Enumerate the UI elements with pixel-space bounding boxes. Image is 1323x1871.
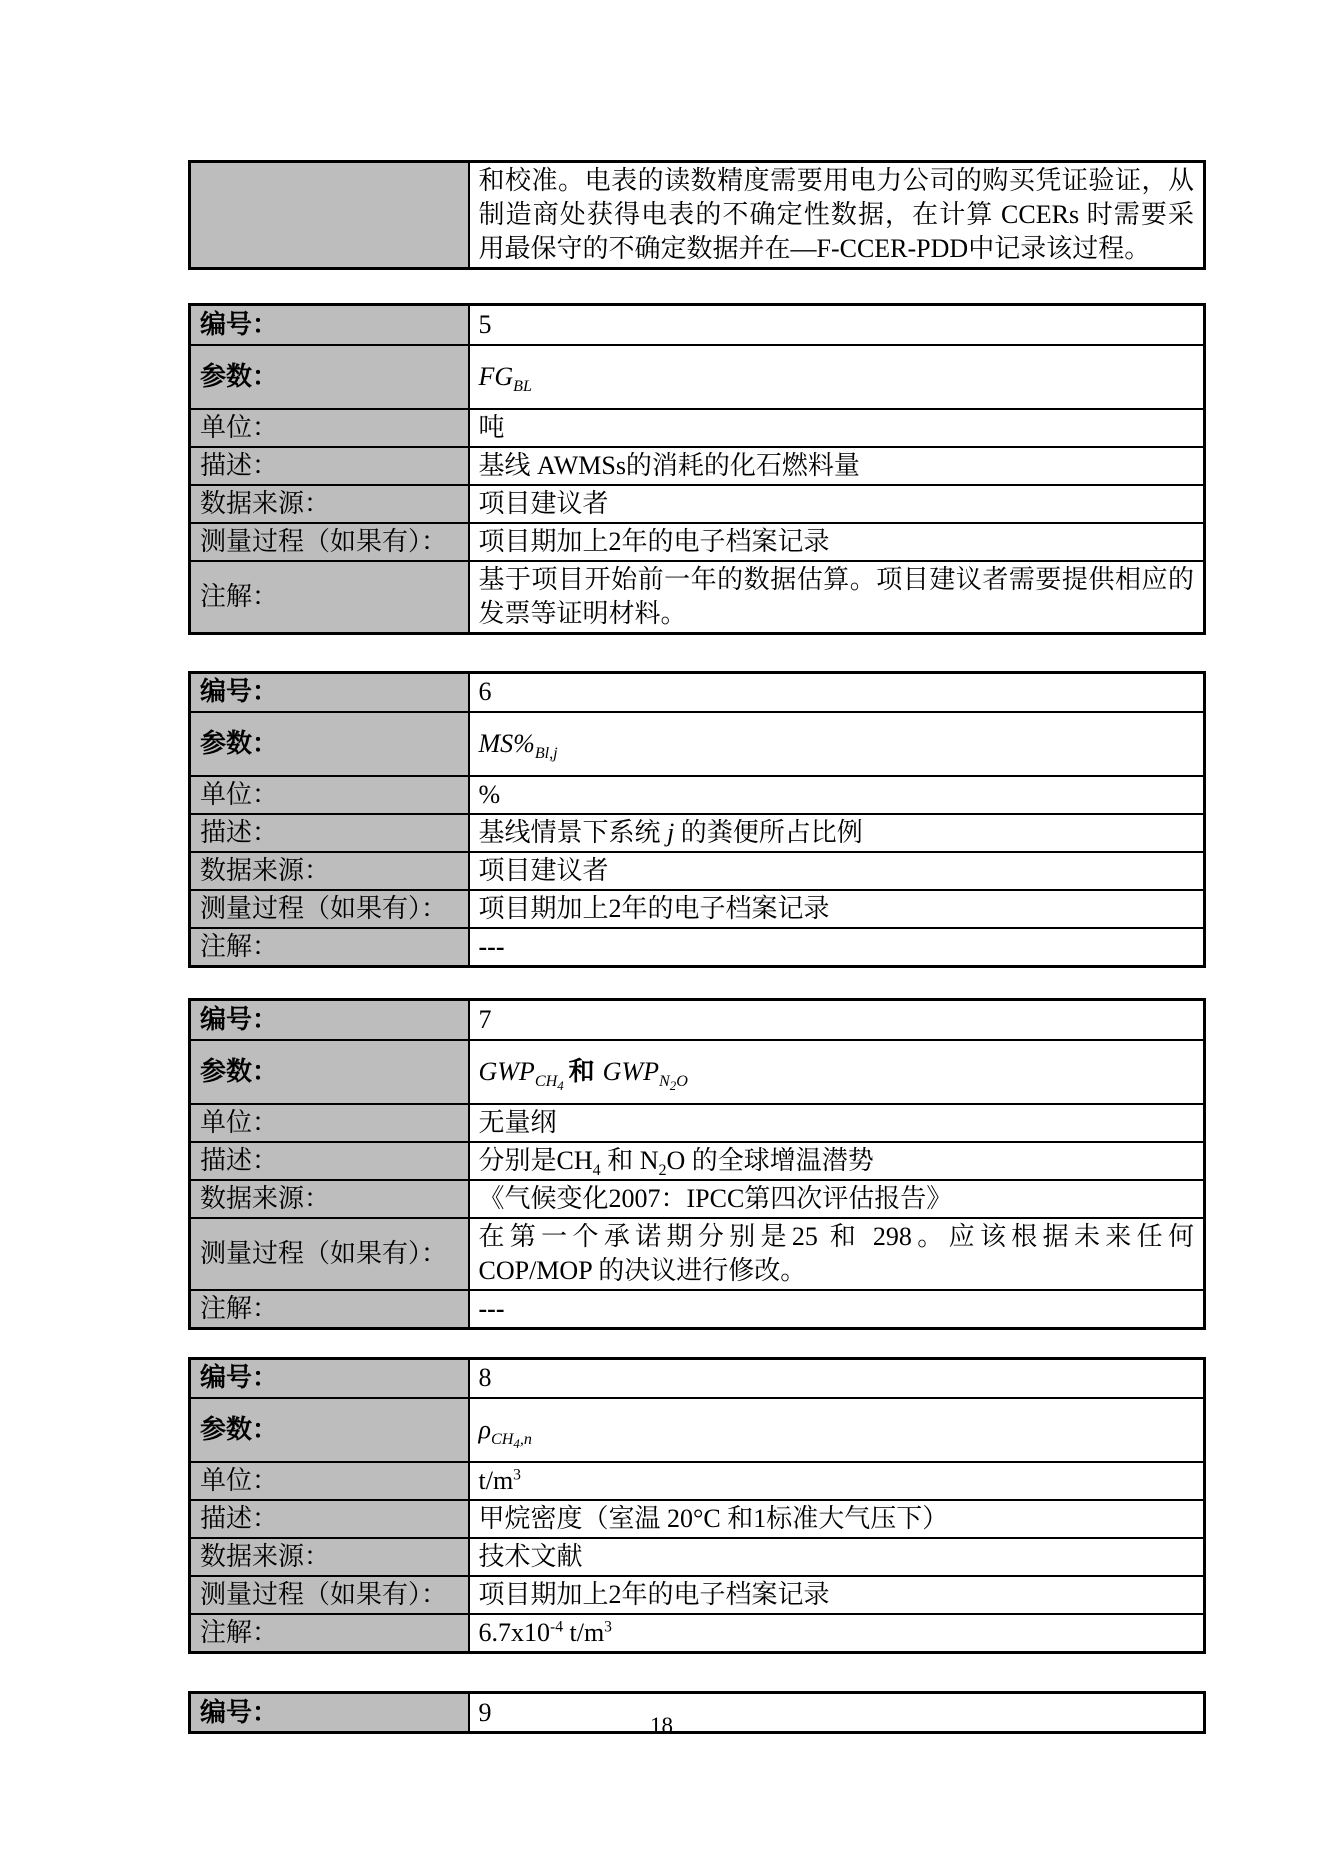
note-value: --- [469, 928, 1205, 967]
formula-base: GWP [603, 1057, 659, 1086]
table-row: 描述： 基线 AWMSs的消耗的化石燃料量 [190, 447, 1205, 485]
continuation-line: 用最保守的不确定数据并在—F-CCER-PDD中记录该过程。 [479, 232, 1195, 266]
number-value: 5 [469, 305, 1205, 345]
row-label-unit: 单位： [190, 776, 469, 814]
row-label-process: 测量过程（如果有）： [190, 1576, 469, 1614]
continuation-table: 和校准。电表的读数精度需要用电力公司的购买凭证验证，从 制造商处获得电表的不确定… [188, 160, 1206, 270]
parameter-table-5: 编号： 5 参数： FGBL 单位： 吨 描述： 基线 AWMSs的消耗的化石燃… [188, 303, 1206, 635]
param-formula: MS%Bl,j [469, 712, 1205, 776]
desc-text: 和 N [601, 1146, 659, 1175]
table-row: 注解： 6.7x10-4 t/m3 [190, 1614, 1205, 1653]
process-value: 项目期加上2年的电子档案记录 [469, 1576, 1205, 1614]
formula-base: FG [479, 362, 514, 391]
param-formula: GWPCH4和GWPN2O [469, 1040, 1205, 1104]
unit-value: % [469, 776, 1205, 814]
table-row: 注解： --- [190, 928, 1205, 967]
note-superscript: 3 [604, 1618, 612, 1635]
table-row: 数据来源： 项目建议者 [190, 852, 1205, 890]
parameter-table-6: 编号： 6 参数： MS%Bl,j 单位： % 描述： 基线情景下系统 j 的粪… [188, 671, 1206, 969]
row-label-desc: 描述： [190, 447, 469, 485]
row-label-desc: 描述： [190, 1500, 469, 1538]
document-content: 和校准。电表的读数精度需要用电力公司的购买凭证验证，从 制造商处获得电表的不确定… [188, 160, 1206, 1734]
continuation-text-cell: 和校准。电表的读数精度需要用电力公司的购买凭证验证，从 制造商处获得电表的不确定… [469, 162, 1205, 269]
formula-sub: ,n [520, 1431, 532, 1448]
table-row: 参数： MS%Bl,j [190, 712, 1205, 776]
table-row: 测量过程（如果有）： 在第一个承诺期分别是25 和 298。应该根据未来任何 C… [190, 1218, 1205, 1290]
row-label-desc: 描述： [190, 1142, 469, 1180]
note-text: t/m [563, 1618, 604, 1647]
source-value: 项目建议者 [469, 852, 1205, 890]
row-label-unit: 单位： [190, 1104, 469, 1142]
number-value: 7 [469, 1000, 1205, 1040]
row-label-note: 注解： [190, 1614, 469, 1653]
row-label-number: 编号： [190, 305, 469, 345]
note-value: --- [469, 1290, 1205, 1329]
table-row: 描述： 分别是CH4 和 N2O 的全球增温潜势 [190, 1142, 1205, 1180]
table-row: 单位： % [190, 776, 1205, 814]
table-row: 数据来源： 《气候变化2007：IPCC第四次评估报告》 [190, 1180, 1205, 1218]
desc-text: 基线情景下系统 [479, 818, 668, 847]
table-row: 测量过程（如果有）： 项目期加上2年的电子档案记录 [190, 523, 1205, 561]
row-label-unit: 单位： [190, 1462, 469, 1500]
row-label-process: 测量过程（如果有）： [190, 1218, 469, 1290]
formula-sub: Bl,j [535, 745, 558, 762]
parameter-table-8: 编号： 8 参数： ρCH4,n 单位： t/m3 描述： 甲烷密度（室温 20… [188, 1357, 1206, 1655]
unit-superscript: 3 [513, 1466, 521, 1483]
desc-text: O 的全球增温潜势 [667, 1146, 874, 1175]
formula-base: ρ [479, 1415, 491, 1444]
row-label-param: 参数： [190, 345, 469, 409]
row-label-note: 注解： [190, 561, 469, 634]
row-label-process: 测量过程（如果有）： [190, 523, 469, 561]
table-row: 描述： 基线情景下系统 j 的粪便所占比例 [190, 814, 1205, 852]
unit-value: 无量纲 [469, 1104, 1205, 1142]
row-label-source: 数据来源： [190, 852, 469, 890]
desc-value: 基线 AWMSs的消耗的化石燃料量 [469, 447, 1205, 485]
table-row: 描述： 甲烷密度（室温 20°C 和1标准大气压下） [190, 1500, 1205, 1538]
table-row: 数据来源： 项目建议者 [190, 485, 1205, 523]
row-label-source: 数据来源： [190, 1538, 469, 1576]
continuation-line: 和校准。电表的读数精度需要用电力公司的购买凭证验证，从 [479, 164, 1195, 198]
table-row: 测量过程（如果有）： 项目期加上2年的电子档案记录 [190, 890, 1205, 928]
row-label-param: 参数： [190, 1040, 469, 1104]
unit-text: t/m [479, 1466, 514, 1495]
table-row: 注解： 基于项目开始前一年的数据估算。项目建议者需要提供相应的 发票等证明材料。 [190, 561, 1205, 634]
table-row: 和校准。电表的读数精度需要用电力公司的购买凭证验证，从 制造商处获得电表的不确定… [190, 162, 1205, 269]
param-formula: ρCH4,n [469, 1398, 1205, 1462]
desc-value: 基线情景下系统 j 的粪便所占比例 [469, 814, 1205, 852]
table-row: 单位： 无量纲 [190, 1104, 1205, 1142]
table-row: 编号： 5 [190, 305, 1205, 345]
table-row: 编号： 6 [190, 672, 1205, 712]
row-label-process: 测量过程（如果有）： [190, 890, 469, 928]
formula-sub: CH [535, 1073, 557, 1090]
formula-sub: CH [491, 1431, 513, 1448]
note-value: 6.7x10-4 t/m3 [469, 1614, 1205, 1653]
table-row: 参数： GWPCH4和GWPN2O [190, 1040, 1205, 1104]
process-value: 项目期加上2年的电子档案记录 [469, 890, 1205, 928]
desc-subscript: 2 [658, 1162, 666, 1179]
note-text: 6.7x10 [479, 1618, 551, 1647]
row-label-source: 数据来源： [190, 485, 469, 523]
formula-sub: N [659, 1073, 670, 1090]
formula-subsub: 4 [557, 1079, 563, 1093]
number-value: 8 [469, 1358, 1205, 1398]
note-line: 基于项目开始前一年的数据估算。项目建议者需要提供相应的 [479, 563, 1195, 597]
desc-value: 甲烷密度（室温 20°C 和1标准大气压下） [469, 1500, 1205, 1538]
row-label-param: 参数： [190, 712, 469, 776]
parameter-table-7: 编号： 7 参数： GWPCH4和GWPN2O 单位： 无量纲 描述： 分别是C… [188, 998, 1206, 1330]
formula-base: MS% [479, 729, 535, 758]
desc-value: 分别是CH4 和 N2O 的全球增温潜势 [469, 1142, 1205, 1180]
table-row: 数据来源： 技术文献 [190, 1538, 1205, 1576]
unit-value: t/m3 [469, 1462, 1205, 1500]
table-row: 编号： 8 [190, 1358, 1205, 1398]
param-formula: FGBL [469, 345, 1205, 409]
formula-joiner: 和 [569, 1057, 595, 1086]
desc-text: 分别是CH [479, 1146, 593, 1175]
table-row: 参数： ρCH4,n [190, 1398, 1205, 1462]
row-label-param: 参数： [190, 1398, 469, 1462]
source-value: 技术文献 [469, 1538, 1205, 1576]
table-row: 单位： 吨 [190, 409, 1205, 447]
note-value: 基于项目开始前一年的数据估算。项目建议者需要提供相应的 发票等证明材料。 [469, 561, 1205, 634]
row-label-note: 注解： [190, 1290, 469, 1329]
note-line: 发票等证明材料。 [479, 597, 1195, 631]
process-value: 在第一个承诺期分别是25 和 298。应该根据未来任何 COP/MOP 的决议进… [469, 1218, 1205, 1290]
table-row: 测量过程（如果有）： 项目期加上2年的电子档案记录 [190, 1576, 1205, 1614]
row-label-source: 数据来源： [190, 1180, 469, 1218]
unit-value: 吨 [469, 409, 1205, 447]
desc-subscript: 4 [593, 1162, 601, 1179]
page-number: 18 [0, 1713, 1323, 1739]
row-label-desc: 描述： [190, 814, 469, 852]
table-row: 参数： FGBL [190, 345, 1205, 409]
label-cell-empty [190, 162, 469, 269]
table-row: 单位： t/m3 [190, 1462, 1205, 1500]
process-value: 项目期加上2年的电子档案记录 [469, 523, 1205, 561]
row-label-unit: 单位： [190, 409, 469, 447]
row-label-number: 编号： [190, 672, 469, 712]
formula-sub: BL [513, 378, 532, 395]
row-label-number: 编号： [190, 1000, 469, 1040]
number-value: 6 [469, 672, 1205, 712]
formula-base: GWP [479, 1057, 535, 1086]
row-label-note: 注解： [190, 928, 469, 967]
desc-text: 的粪便所占比例 [674, 818, 863, 847]
note-superscript: -4 [550, 1618, 563, 1635]
table-row: 注解： --- [190, 1290, 1205, 1329]
source-value: 《气候变化2007：IPCC第四次评估报告》 [469, 1180, 1205, 1218]
table-row: 编号： 7 [190, 1000, 1205, 1040]
process-line: COP/MOP 的决议进行修改。 [479, 1254, 1195, 1288]
process-line: 在第一个承诺期分别是25 和 298。应该根据未来任何 [479, 1220, 1195, 1254]
row-label-number: 编号： [190, 1358, 469, 1398]
source-value: 项目建议者 [469, 485, 1205, 523]
formula-sub: O [676, 1073, 688, 1090]
continuation-line: 制造商处获得电表的不确定性数据，在计算 CCERs 时需要采 [479, 198, 1195, 232]
